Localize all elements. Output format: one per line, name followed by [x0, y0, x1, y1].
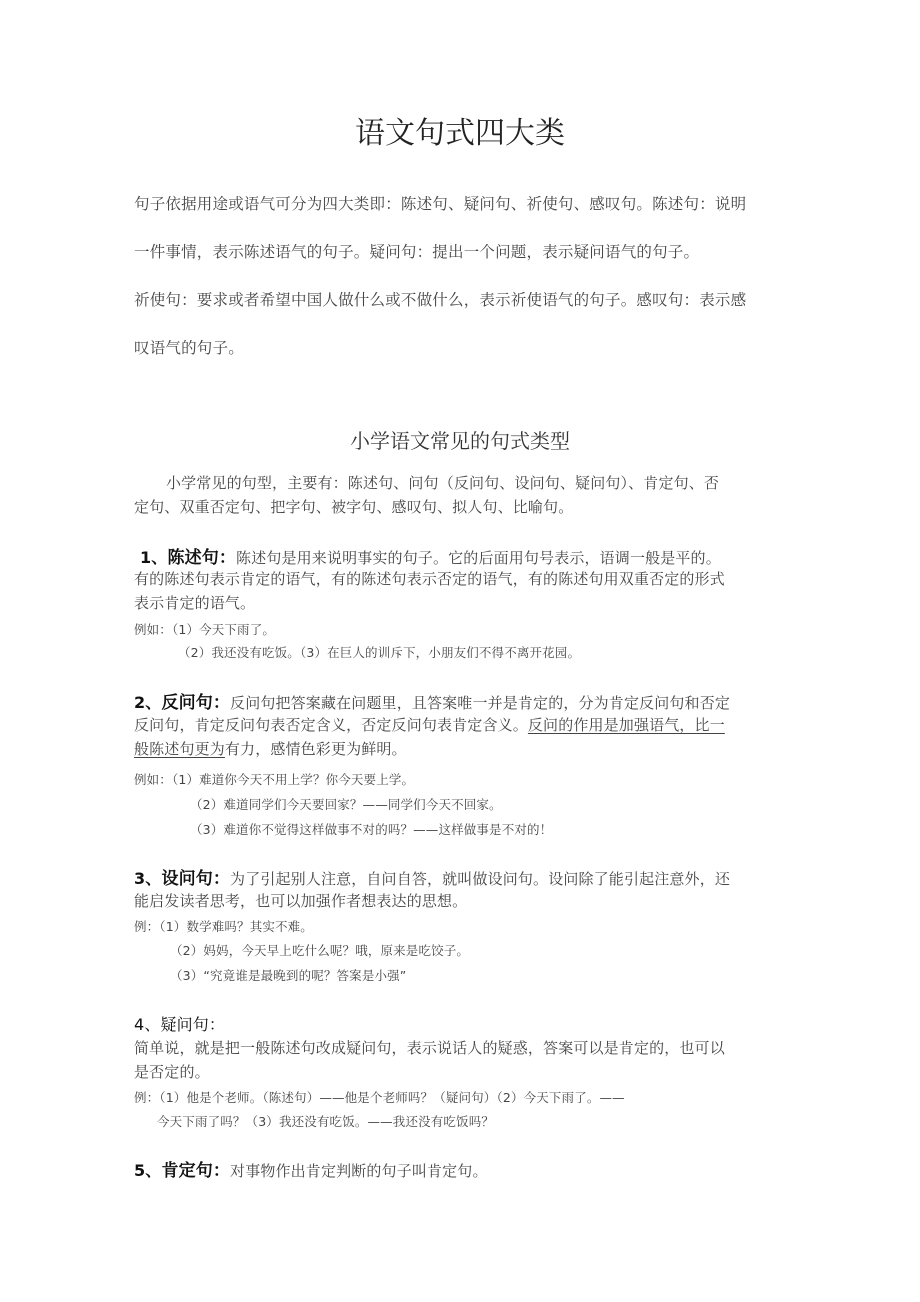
section-text: 反问句，肯定反问句表否定含义，否定反问句表肯定含义。 — [134, 716, 528, 734]
section-text: 有力，感情色彩更为鲜明。 — [225, 740, 407, 758]
document-page: 语文句式四大类 句子依据用途或语气可分为四大类即：陈述句、疑问句、祈使句、感叹句… — [0, 0, 920, 1302]
section-number: 3、 — [134, 869, 161, 888]
section-4-heading: 4、疑问句： — [134, 1012, 225, 1035]
section-subtitle: 小学语文常见的句式类型 — [0, 425, 920, 454]
intro-line: 一件事情，表示陈述语气的句子。疑问句：提出一个问题，表示疑问语气的句子。 — [134, 240, 699, 262]
section-number: 1、 — [140, 548, 167, 567]
page-title: 语文句式四大类 — [0, 108, 920, 152]
section-number: 4、 — [134, 1015, 160, 1034]
section-text: 陈述句是用来说明事实的句子。它的后面用句号表示，语调一般是平的。 — [236, 549, 721, 567]
section-line: 能启发读者思考，也可以加强作者想表达的思想。 — [134, 890, 467, 911]
example-line: （2）难道同学们今天要回家？——同学们今天不回家。 — [190, 795, 502, 813]
section-1-first-line: 1、陈述句：陈述句是用来说明事实的句子。它的后面用句号表示，语调一般是平的。 — [140, 543, 721, 568]
overview-line: 定句、双重否定句、把字句、被字句、感叹句、拟人句、比喻句。 — [134, 496, 573, 517]
section-term: 陈述句： — [167, 548, 236, 568]
intro-line: 叹语气的句子。 — [134, 336, 244, 358]
example-line: （2）妈妈，今天早上吃什么呢？哦，原来是吃饺子。 — [170, 941, 469, 959]
example-line: （3）“究竟谁是最晚到的呢？答案是小强” — [170, 966, 406, 984]
example-line: 例：（1）他是个老师。（陈述句）——他是个老师吗？（疑问句）（2）今天下雨了。—… — [134, 1088, 625, 1106]
example-line: 例：（1）数学难吗？其实不难。 — [134, 917, 313, 935]
section-number: 5、 — [134, 1161, 161, 1180]
section-text: 为了引起别人注意，自问自答，就叫做设问句。设问除了能引起注意外，还 — [230, 870, 730, 888]
section-term: 肯定句： — [161, 1161, 230, 1181]
section-5-first-line: 5、肯定句：对事物作出肯定判断的句子叫肯定句。 — [134, 1156, 488, 1181]
example-line: （2）我还没有吃饭。（3）在巨人的训斥下，小朋友们不得不离开花园。 — [178, 643, 580, 661]
section-2-third-line: 般陈述句更为有力，感情色彩更为鲜明。 — [134, 738, 407, 759]
example-line: 例如：（1）今天下雨了。 — [134, 620, 275, 638]
section-term: 疑问句： — [160, 1015, 225, 1034]
section-line: 是否定的。 — [134, 1061, 210, 1082]
section-text: 反问句把答案藏在问题里，且答案唯一并是肯定的，分为肯定反问句和否定 — [230, 694, 730, 712]
underlined-text: 反问的作用是加强语气，比一 — [528, 716, 725, 734]
section-2-second-line: 反问句，肯定反问句表否定含义，否定反问句表肯定含义。反问的作用是加强语气，比一 — [134, 714, 725, 735]
section-term: 反问句： — [161, 693, 230, 713]
section-line: 表示肯定的语气。 — [134, 592, 255, 613]
underlined-text: 般陈述句更为 — [134, 740, 225, 758]
example-line: 例如：（1）难道你今天不用上学？你今天要上学。 — [134, 770, 414, 788]
example-line: （3）难道你不觉得这样做事不对的吗？——这样做事是不对的！ — [190, 820, 552, 838]
intro-line: 祈使句：要求或者希望中国人做什么或不做什么，表示祈使语气的句子。感叹句：表示感 — [134, 288, 746, 310]
section-term: 设问句： — [161, 869, 230, 889]
section-text: 对事物作出肯定判断的句子叫肯定句。 — [230, 1162, 488, 1180]
section-number: 2、 — [134, 693, 161, 712]
overview-line: 小学常见的句型，主要有：陈述句、问句（反问句、设问句、疑问句）、肯定句、否 — [166, 472, 719, 493]
section-line: 简单说，就是把一般陈述句改成疑问句，表示说话人的疑惑，答案可以是肯定的，也可以 — [134, 1037, 725, 1058]
section-2-first-line: 2、反问句：反问句把答案藏在问题里，且答案唯一并是肯定的，分为肯定反问句和否定 — [134, 688, 730, 713]
example-line: 今天下雨了吗？（3）我还没有吃饭。——我还没有吃饭吗？ — [157, 1112, 494, 1130]
section-line: 有的陈述句表示肯定的语气，有的陈述句表示否定的语气，有的陈述句用双重否定的形式 — [134, 568, 725, 589]
intro-line: 句子依据用途或语气可分为四大类即：陈述句、疑问句、祈使句、感叹句。陈述句：说明 — [134, 192, 746, 214]
section-3-first-line: 3、设问句：为了引起别人注意，自问自答，就叫做设问句。设问除了能引起注意外，还 — [134, 864, 730, 889]
